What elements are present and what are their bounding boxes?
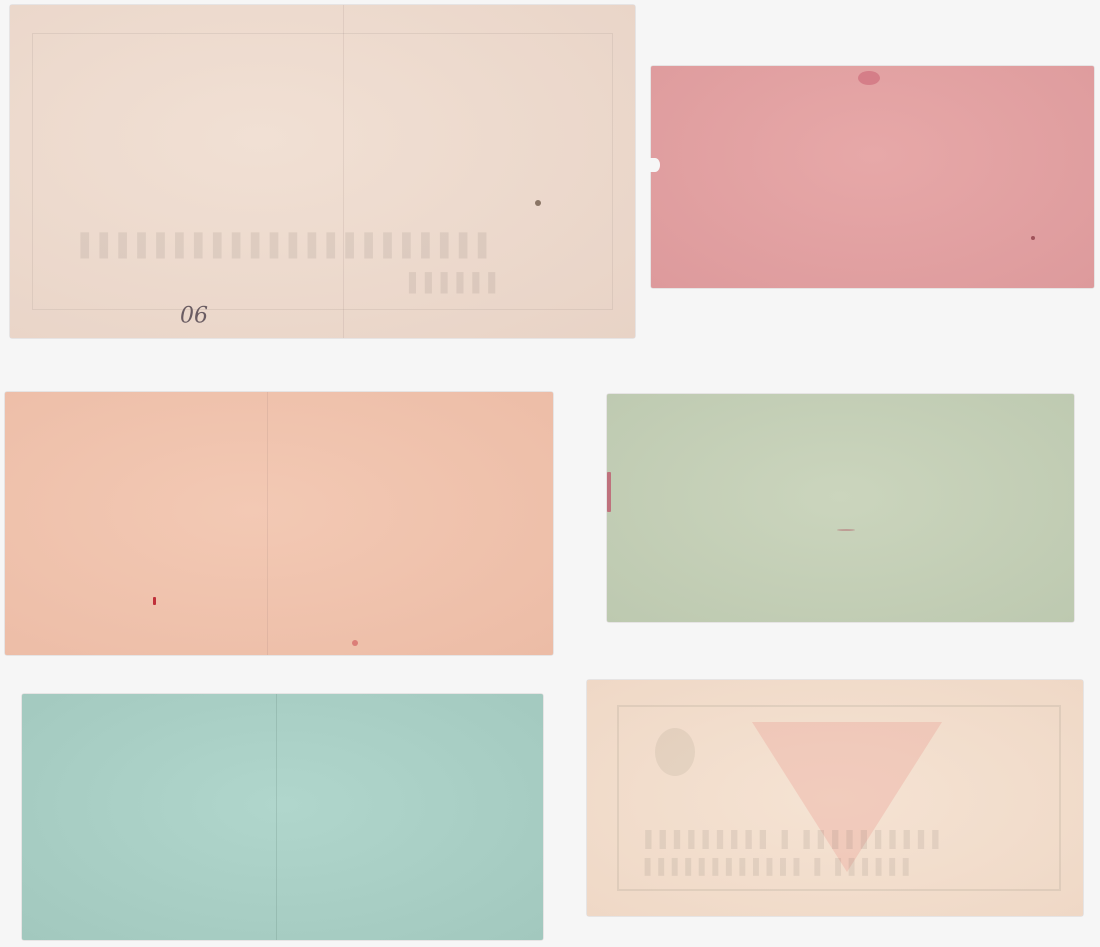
show-through-serial: ▌▌▌▌▌▌ [400, 273, 495, 294]
fold-line [267, 392, 268, 655]
show-through-serial: ▌▌▌▌▌▌ ▌ ▌▌▌▌▌▌▌▌▌▌▌▌ [637, 858, 909, 876]
pencil-mark: 90 [180, 300, 208, 325]
red-ink-mark [153, 597, 156, 605]
show-through-text: ▌▌▌▌▌▌▌▌▌▌▌▌▌▌▌▌▌▌▌▌▌▌ [70, 233, 486, 259]
ink-spot [1031, 236, 1035, 240]
red-ink-mark [352, 640, 358, 646]
banknote-middle-left [5, 392, 553, 655]
banknote-top-right [651, 66, 1094, 288]
red-ink-mark [837, 529, 855, 531]
banknote-bottom-right: ▌▌▌▌▌▌▌▌▌▌ ▌ ▌▌▌▌▌▌▌▌▌ ▌▌▌▌▌▌ ▌ ▌▌▌▌▌▌▌▌… [587, 680, 1083, 916]
fold-line [276, 694, 277, 940]
banknote-top-left: ▌▌▌▌▌▌▌▌▌▌▌▌▌▌▌▌▌▌▌▌▌▌ ▌▌▌▌▌▌ 90 [10, 5, 635, 338]
printed-frame [32, 33, 613, 310]
stain [858, 71, 880, 85]
edge-notch [650, 158, 660, 172]
pink-overprint [752, 722, 942, 872]
banknote-middle-right [607, 394, 1074, 622]
ink-spot [535, 200, 541, 206]
portrait-vignette [655, 728, 695, 776]
show-through-text: ▌▌▌▌▌▌▌▌▌▌ ▌ ▌▌▌▌▌▌▌▌▌ [637, 830, 938, 849]
banknote-bottom-left [22, 694, 543, 940]
red-ink-mark [607, 472, 611, 512]
